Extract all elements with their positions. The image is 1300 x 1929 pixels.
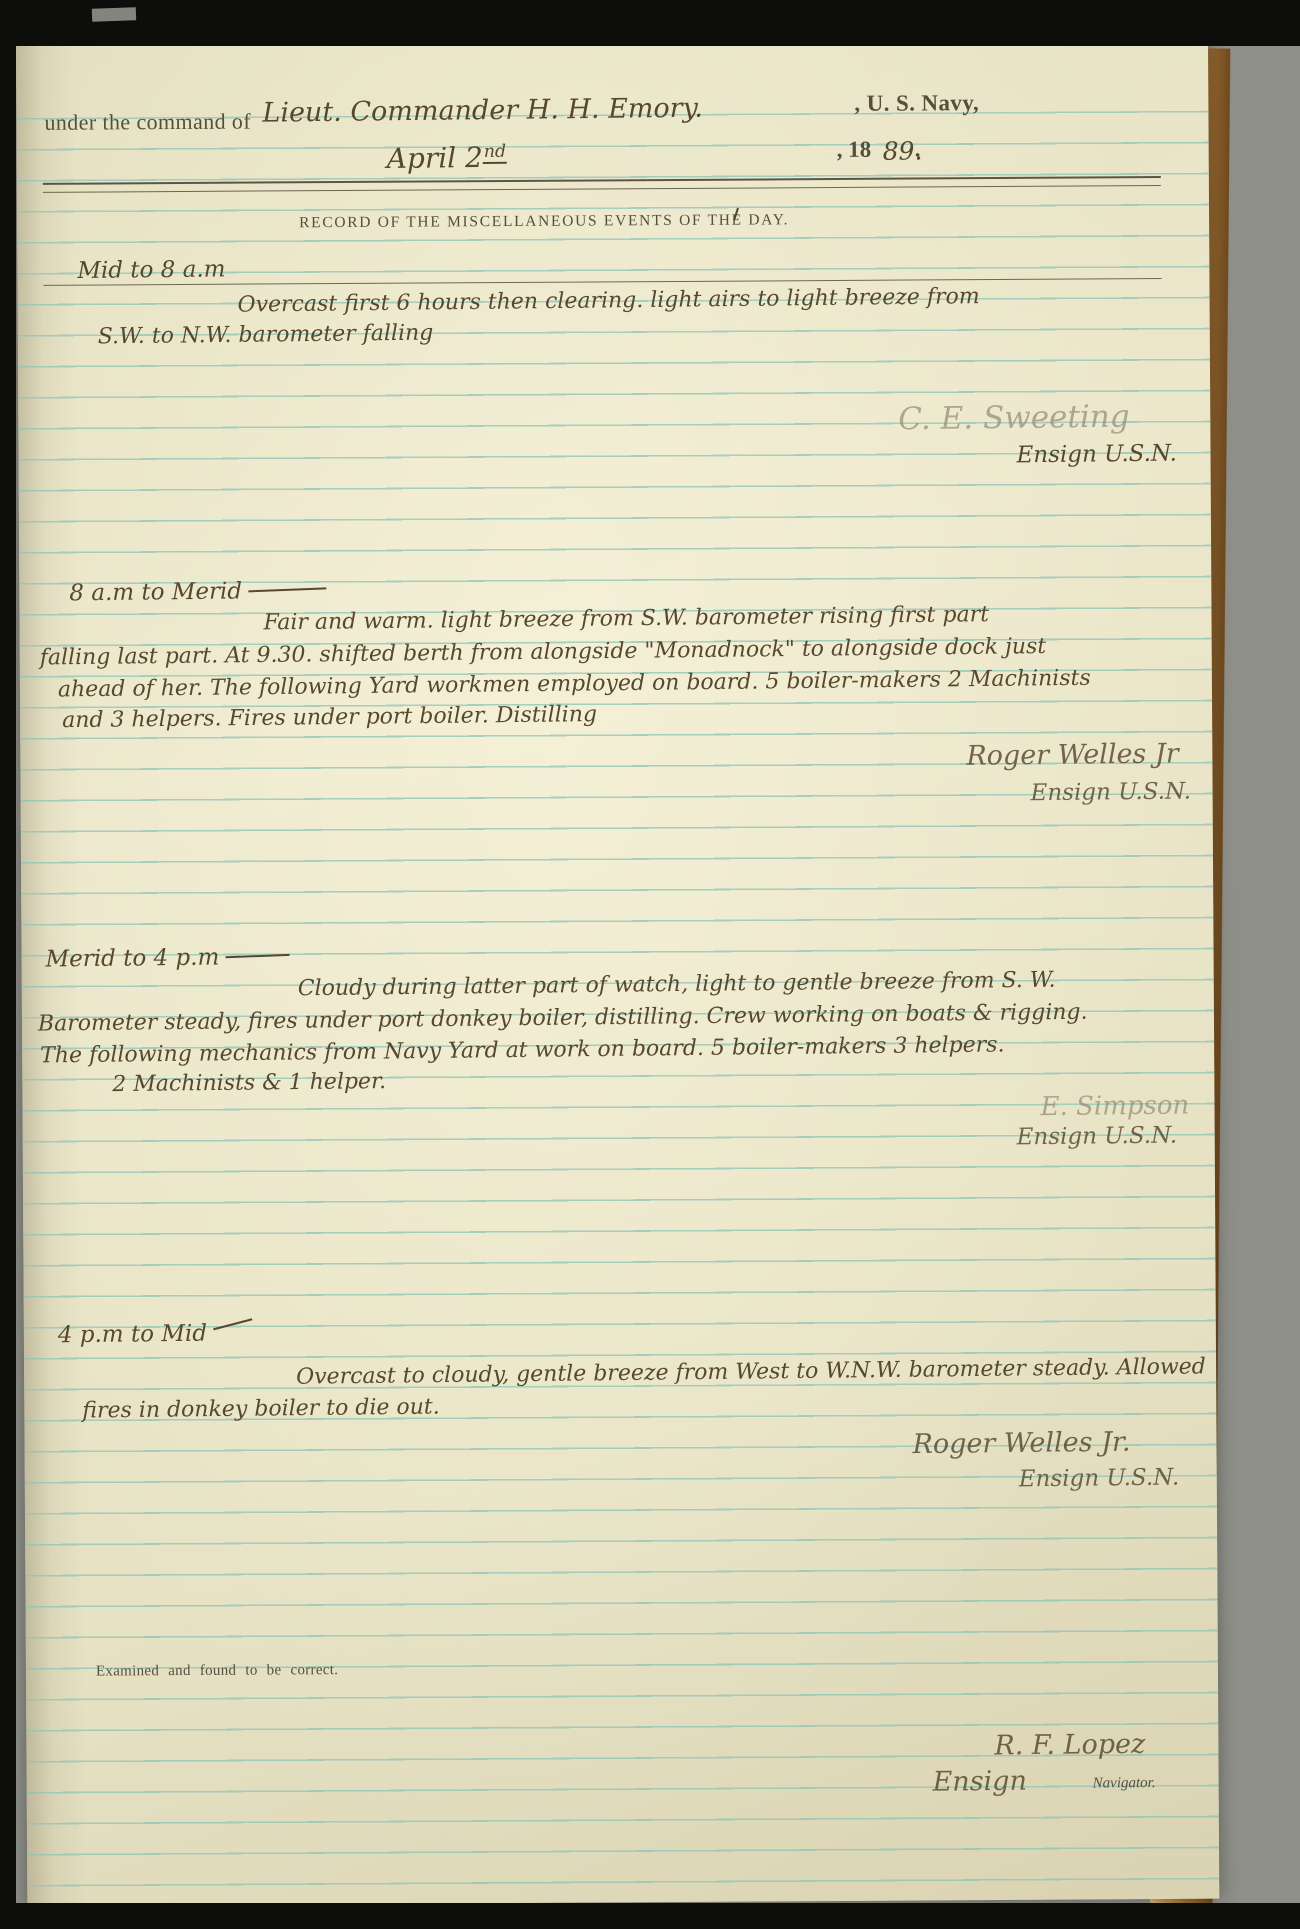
watch-label-4pm-to-mid: 4 p.m to Mid [58, 1320, 253, 1348]
scan-border-bottom [0, 1903, 1300, 1929]
handwritten-commander-name: Lieut. Commander H. H. Emory. [262, 93, 703, 129]
handwritten-date: April 2nd [387, 141, 508, 175]
entry1-signature: C. E. Sweeting [898, 399, 1130, 438]
examined-note: Examined and found to be correct. [96, 1662, 338, 1680]
watch-label-8am-to-merid: 8 a.m to Merid [69, 577, 326, 606]
flourish-line [248, 587, 326, 592]
scan-border-top [0, 0, 1300, 46]
navigator-signature: R. F. Lopez [994, 1729, 1145, 1762]
entry3-signature-title: Ensign U.S.N. [1017, 1123, 1178, 1151]
logbook-scan: under the command of Lieut. Commander H.… [0, 0, 1300, 1929]
flourish-line [213, 1318, 252, 1330]
watch-label-mid-to-8am: Mid to 8 a.m [77, 256, 225, 284]
navigator-signature-rank: Ensign [932, 1766, 1027, 1798]
printed-navy-suffix: , U. S. Navy, [854, 90, 979, 117]
entry2-signature: Roger Welles Jr [966, 738, 1179, 771]
entry1-signature-title: Ensign U.S.N. [1016, 440, 1177, 468]
entry3-signature: E. Simpson [1040, 1090, 1189, 1122]
scan-artifact [92, 7, 136, 22]
date-ordinal: nd [483, 141, 508, 163]
entry2-signature-title: Ensign U.S.N. [1030, 778, 1191, 806]
printed-navigator-label: Navigator. [1093, 1775, 1156, 1792]
flourish-line [225, 954, 289, 958]
entry1-line2: S.W. to N.W. barometer falling [98, 321, 434, 350]
entry4-line2: fires in donkey boiler to die out. [82, 1395, 440, 1424]
section-title: RECORD OF THE MISCELLANEOUS EVENTS OF TH… [299, 211, 789, 232]
scan-border-left [0, 0, 16, 1929]
printed-year-prefix: , 18 [837, 137, 872, 163]
entry4-signature: Roger Welles Jr. [912, 1427, 1130, 1460]
entry4-signature-title: Ensign U.S.N. [1019, 1465, 1180, 1493]
printed-year-suffix: . [915, 136, 921, 162]
printed-command-prefix: under the command of [44, 109, 251, 136]
watch-label-merid-to-4pm: Merid to 4 p.m [45, 944, 289, 973]
entry3-line4: 2 Machinists & 1 helper. [112, 1069, 386, 1097]
logbook-page: under the command of Lieut. Commander H.… [16, 39, 1219, 1906]
